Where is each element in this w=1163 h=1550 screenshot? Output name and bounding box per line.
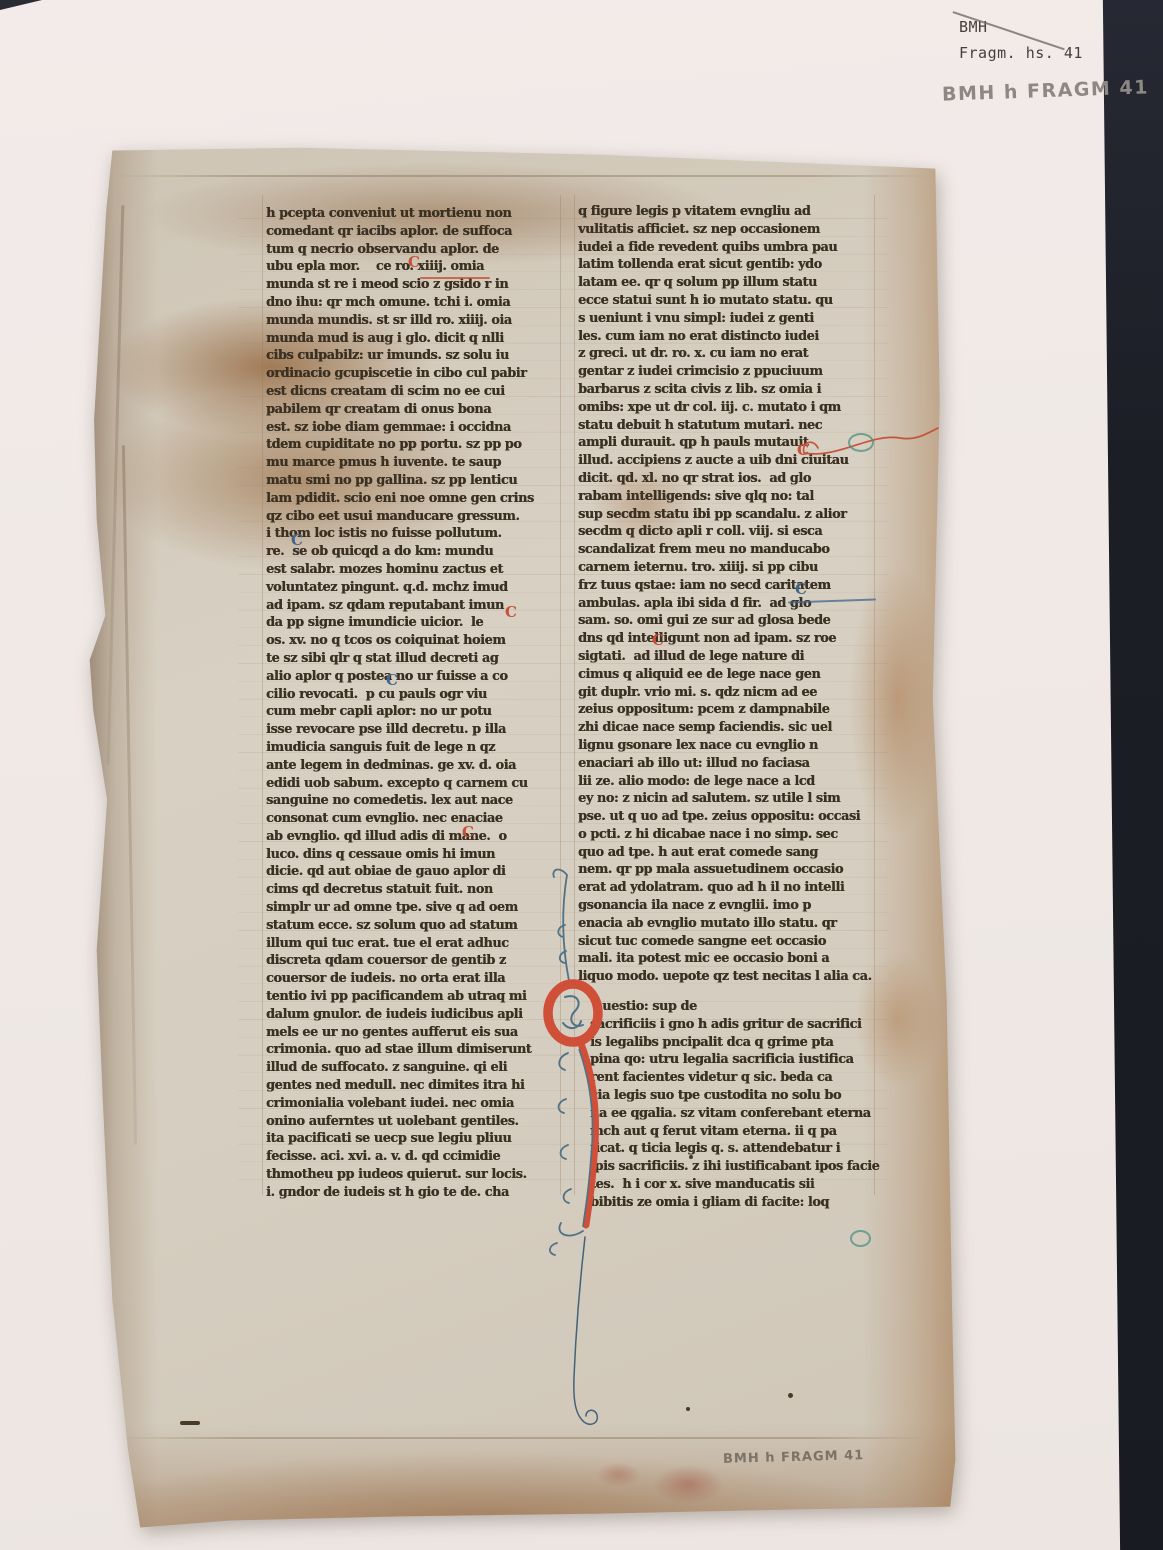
ink-speck xyxy=(180,1421,200,1425)
blue-paragraph-mark: C xyxy=(795,582,807,597)
red-paragraph-mark: C xyxy=(408,255,420,270)
teal-circle-mark xyxy=(850,1230,871,1247)
blue-paragraph-mark: C xyxy=(291,533,303,548)
parchment-leaf-wrapper: h pcepta conveniut ut mortienu non comed… xyxy=(88,145,958,1533)
decorated-initial-q-flourish xyxy=(535,855,635,1455)
red-paragraph-mark: C xyxy=(462,825,474,840)
photograph-of-manuscript-fragment: BMH Fragm. hs. 41 BMH h FRAGM 41 h pcept… xyxy=(0,0,1163,1550)
leaf-pencil-inscription: BMH h FRAGM 41 xyxy=(723,1448,865,1467)
column-ruling-line xyxy=(262,195,263,1195)
bottom-fold-crease xyxy=(114,1437,932,1439)
red-paragraph-mark: C xyxy=(505,605,517,620)
left-text-column: h pcepta conveniut ut mortienu non comed… xyxy=(266,205,558,1202)
ink-speck xyxy=(686,1407,690,1411)
teal-circle-mark xyxy=(848,433,874,452)
ink-speck xyxy=(689,1155,693,1159)
top-fold-crease xyxy=(114,175,932,177)
parchment-leaf: h pcepta conveniut ut mortienu non comed… xyxy=(88,145,958,1533)
red-underline xyxy=(420,277,490,279)
red-paragraph-mark: C xyxy=(652,633,664,648)
ink-speck xyxy=(788,1393,793,1398)
typed-shelfmark: Fragm. hs. 41 xyxy=(959,44,1083,62)
dark-backdrop-strip xyxy=(1098,0,1163,1550)
dark-backdrop-corner xyxy=(0,0,42,10)
left-edge-wrinkle xyxy=(122,445,137,1145)
blue-paragraph-mark: C xyxy=(386,673,398,688)
